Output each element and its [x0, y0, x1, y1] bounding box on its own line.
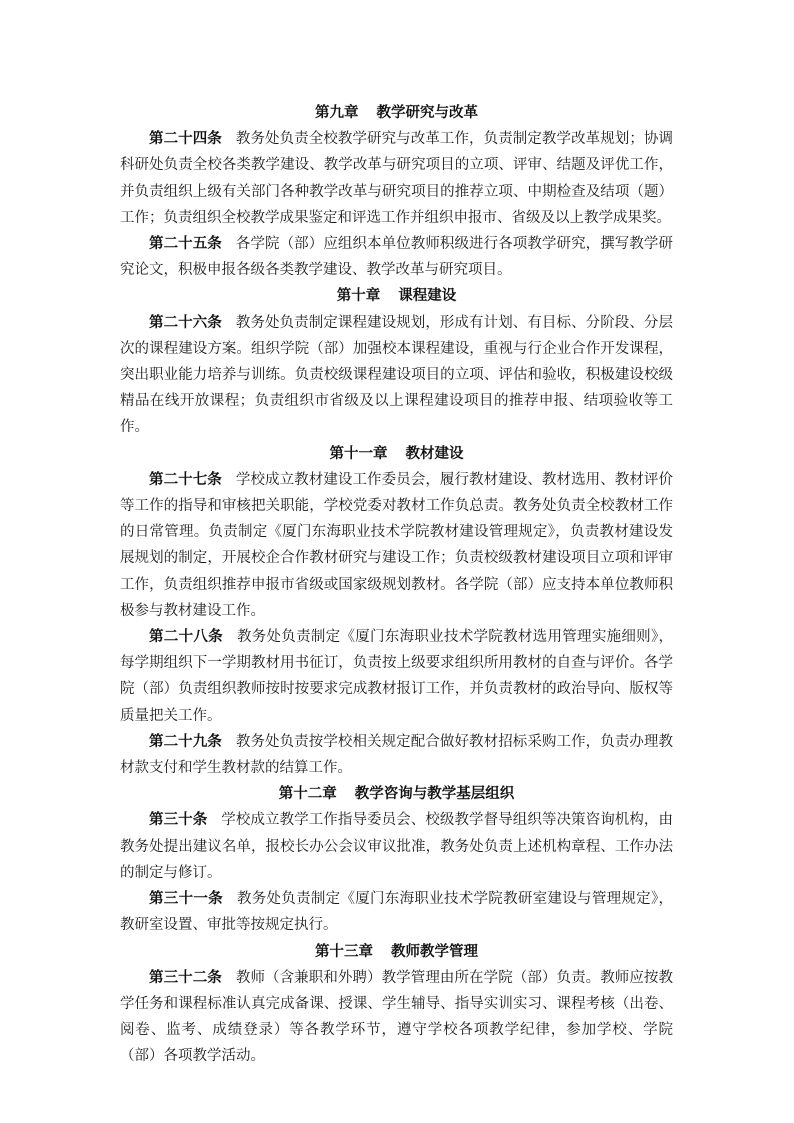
article-paragraph: 第二十五条各学院（部）应组织本单位教师积级进行各项教学研究，撰写教学研究论文，积…: [120, 231, 673, 283]
article-number: 第三十二条: [149, 970, 222, 986]
article-paragraph: 第二十九条教务处负责按学校相关规定配合做好教材招标采购工作，负责办理教材款支付和…: [120, 729, 673, 781]
article-paragraph: 第二十六条教务处负责制定课程建设规划，形成有计划、有目标、分阶段、分层次的课程建…: [120, 310, 673, 441]
chapter-number: 第十章: [337, 288, 381, 304]
article-number: 第二十五条: [149, 236, 222, 252]
chapter-title: 教材建设: [406, 446, 464, 462]
article-text: 教务处负责制定课程建设规划，形成有计划、有目标、分阶段、分层次的课程建设方案。组…: [120, 315, 673, 436]
chapter-title: 教学咨询与教学基层组织: [355, 786, 515, 802]
chapter-title: 教师教学管理: [391, 944, 478, 960]
article-number: 第二十七条: [149, 472, 222, 488]
chapter-title: 课程建设: [398, 288, 456, 304]
chapter-number: 第九章: [315, 105, 359, 121]
chapter-number: 第十一章: [330, 446, 388, 462]
article-number: 第二十八条: [149, 629, 223, 645]
chapter-heading: 第十二章教学咨询与教学基层组织: [120, 781, 673, 807]
chapter-number: 第十三章: [315, 944, 373, 960]
chapter-heading: 第九章教学研究与改革: [120, 100, 673, 126]
article-paragraph: 第三十一条教务处负责制定《厦门东海职业技术学院教研室建设与管理规定》，教研室设置…: [120, 886, 673, 938]
article-paragraph: 第二十七条学校成立教材建设工作委员会，履行教材建设、教材选用、教材评价等工作的指…: [120, 467, 673, 624]
article-text: 学校成立教材建设工作委员会，履行教材建设、教材选用、教材评价等工作的指导和审核把…: [120, 472, 673, 619]
article-number: 第二十九条: [149, 734, 222, 750]
article-number: 第三十条: [149, 812, 207, 828]
chapter-heading: 第十三章教师教学管理: [120, 939, 673, 965]
document-page: 第九章教学研究与改革 第二十四条教务处负责全校教学研究与改革工作，负责制定教学改…: [120, 100, 673, 1070]
chapter-heading: 第十一章教材建设: [120, 441, 673, 467]
article-paragraph: 第二十八条教务处负责制定《厦门东海职业技术学院教材选用管理实施细则》，每学期组织…: [120, 624, 673, 729]
article-paragraph: 第二十四条教务处负责全校教学研究与改革工作，负责制定教学改革规划；协调科研处负责…: [120, 126, 673, 231]
article-number: 第二十六条: [149, 315, 222, 331]
article-number: 第二十四条: [149, 131, 222, 147]
article-paragraph: 第三十条学校成立教学工作指导委员会、校级教学督导组织等决策咨询机构，由教务处提出…: [120, 807, 673, 886]
chapter-title: 教学研究与改革: [377, 105, 479, 121]
chapter-number: 第十二章: [279, 786, 337, 802]
article-paragraph: 第三十二条教师（含兼职和外聘）教学管理由所在学院（部）负责。教师应按教学任务和课…: [120, 965, 673, 1070]
article-number: 第三十一条: [149, 891, 223, 907]
chapter-heading: 第十章课程建设: [120, 283, 673, 309]
